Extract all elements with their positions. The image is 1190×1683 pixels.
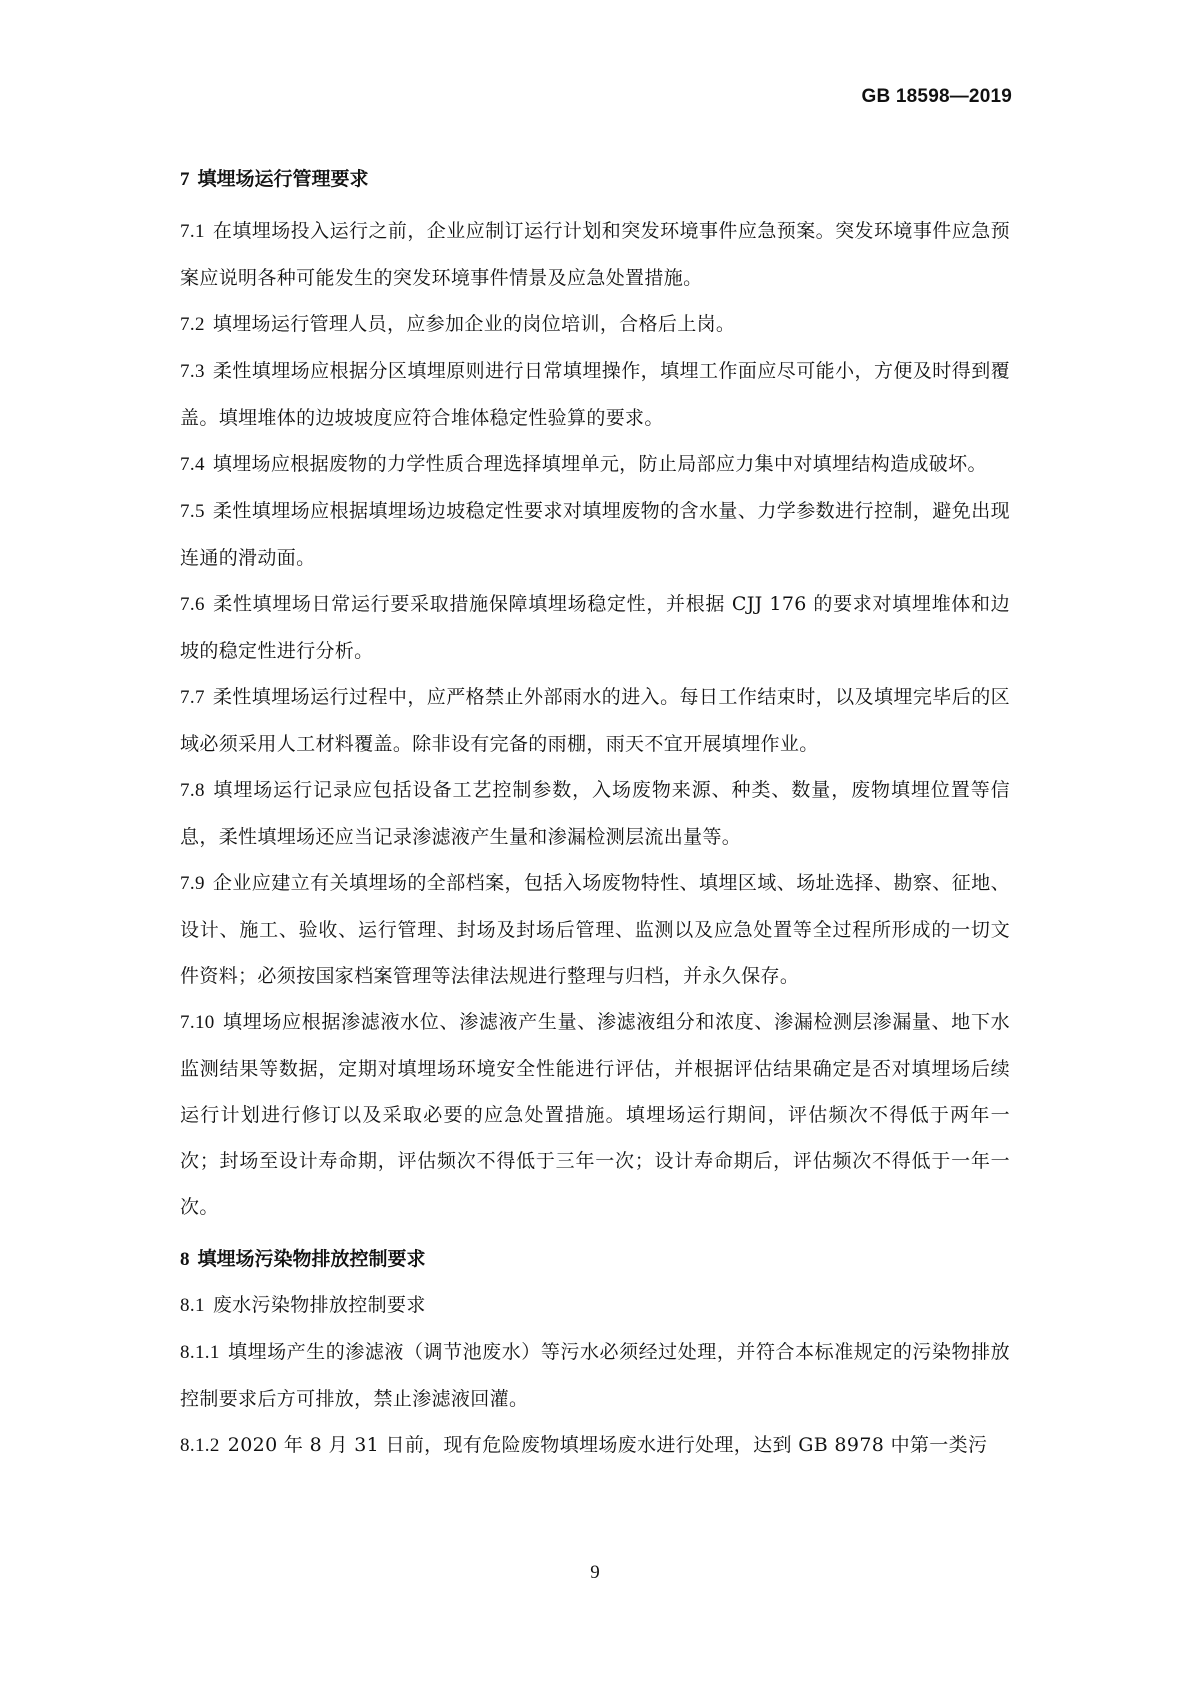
- page-number: 9: [0, 1562, 1190, 1584]
- standard-code: GB 18598—2019: [862, 86, 1012, 108]
- clause-number: 7.6: [180, 594, 205, 615]
- clause-text: 企业应建立有关填埋场的全部档案，包括入场废物特性、填埋区域、场址选择、勘察、征地…: [180, 872, 1010, 987]
- clause-7-4: 7.4填埋场应根据废物的力学性质合理选择填埋单元，防止局部应力集中对填埋结构造成…: [180, 441, 1010, 488]
- clause-7-7: 7.7柔性填埋场运行过程中，应严格禁止外部雨水的进入。每日工作结束时，以及填埋完…: [180, 674, 1010, 767]
- clause-number: 7.10: [180, 1012, 215, 1033]
- clause-text: 填埋场产生的渗滤液（调节池废水）等污水必须经过处理，并符合本标准规定的污染物排放…: [180, 1341, 1010, 1410]
- clause-7-1: 7.1在填埋场投入运行之前，企业应制订运行计划和突发环境事件应急预案。突发环境事…: [180, 208, 1010, 301]
- clause-number: 7.2: [180, 314, 205, 335]
- clause-text: 填埋场应根据废物的力学性质合理选择填埋单元，防止局部应力集中对填埋结构造成破坏。: [213, 453, 987, 475]
- clause-text: 在填埋场投入运行之前，企业应制订运行计划和突发环境事件应急预案。突发环境事件应急…: [180, 220, 1010, 289]
- clause-text: 填埋场应根据渗滤液水位、渗滤液产生量、渗滤液组分和浓度、渗漏检测层渗漏量、地下水…: [180, 1011, 1010, 1218]
- clause-text: 填埋场运行管理人员，应参加企业的岗位培训，合格后上岗。: [213, 313, 735, 335]
- clause-number: 7.5: [180, 501, 205, 522]
- clause-7-8: 7.8填埋场运行记录应包括设备工艺控制参数，入场废物来源、种类、数量，废物填埋位…: [180, 767, 1010, 860]
- document-body: 7填埋场运行管理要求 7.1在填埋场投入运行之前，企业应制订运行计划和突发环境事…: [180, 156, 1010, 1469]
- clause-number: 8.1.2: [180, 1435, 220, 1456]
- clause-text: 填埋场运行记录应包括设备工艺控制参数，入场废物来源、种类、数量，废物填埋位置等信…: [180, 779, 1010, 848]
- clause-7-6: 7.6柔性填埋场日常运行要采取措施保障填埋场稳定性，并根据 CJJ 176 的要…: [180, 581, 1010, 674]
- clause-7-10: 7.10填埋场应根据渗滤液水位、渗滤液产生量、渗滤液组分和浓度、渗漏检测层渗漏量…: [180, 999, 1010, 1230]
- section-heading-8: 8填埋场污染物排放控制要求: [180, 1236, 1010, 1282]
- clause-7-3: 7.3柔性填埋场应根据分区填埋原则进行日常填埋操作，填埋工作面应尽可能小，方便及…: [180, 348, 1010, 441]
- clause-number: 7.9: [180, 873, 205, 894]
- clause-8-1-2: 8.1.22020 年 8 月 31 日前，现有危险废物填埋场废水进行处理，达到…: [180, 1422, 1010, 1469]
- clause-number: 7.3: [180, 361, 205, 382]
- clause-7-9: 7.9企业应建立有关填埋场的全部档案，包括入场废物特性、填埋区域、场址选择、勘察…: [180, 860, 1010, 999]
- clause-number: 7.1: [180, 221, 205, 242]
- clause-text: 柔性填埋场运行过程中，应严格禁止外部雨水的进入。每日工作结束时，以及填埋完毕后的…: [180, 686, 1010, 755]
- clause-text: 柔性填埋场应根据填埋场边坡稳定性要求对填埋废物的含水量、力学参数进行控制，避免出…: [180, 500, 1010, 569]
- heading-text: 填埋场运行管理要求: [198, 168, 369, 190]
- section-heading-7: 7填埋场运行管理要求: [180, 156, 1010, 202]
- clause-text: 柔性填埋场日常运行要采取措施保障填埋场稳定性，并根据 CJJ 176 的要求对填…: [180, 593, 1010, 662]
- clause-text: 柔性填埋场应根据分区填埋原则进行日常填埋操作，填埋工作面应尽可能小，方便及时得到…: [180, 360, 1010, 429]
- clause-7-2: 7.2填埋场运行管理人员，应参加企业的岗位培训，合格后上岗。: [180, 301, 1010, 348]
- clause-number: 7.4: [180, 454, 205, 475]
- clause-number: 8.1: [180, 1295, 205, 1316]
- clause-number: 8.1.1: [180, 1342, 220, 1363]
- heading-text: 填埋场污染物排放控制要求: [198, 1248, 426, 1270]
- clause-text: 2020 年 8 月 31 日前，现有危险废物填埋场废水进行处理，达到 GB 8…: [228, 1434, 988, 1456]
- clause-8-1: 8.1废水污染物排放控制要求: [180, 1282, 1010, 1329]
- clause-text: 废水污染物排放控制要求: [213, 1294, 426, 1316]
- heading-number: 8: [180, 1249, 190, 1270]
- heading-number: 7: [180, 169, 190, 190]
- clause-7-5: 7.5柔性填埋场应根据填埋场边坡稳定性要求对填埋废物的含水量、力学参数进行控制，…: [180, 488, 1010, 581]
- clause-8-1-1: 8.1.1填埋场产生的渗滤液（调节池废水）等污水必须经过处理，并符合本标准规定的…: [180, 1329, 1010, 1422]
- clause-number: 7.7: [180, 687, 205, 708]
- clause-number: 7.8: [180, 780, 205, 801]
